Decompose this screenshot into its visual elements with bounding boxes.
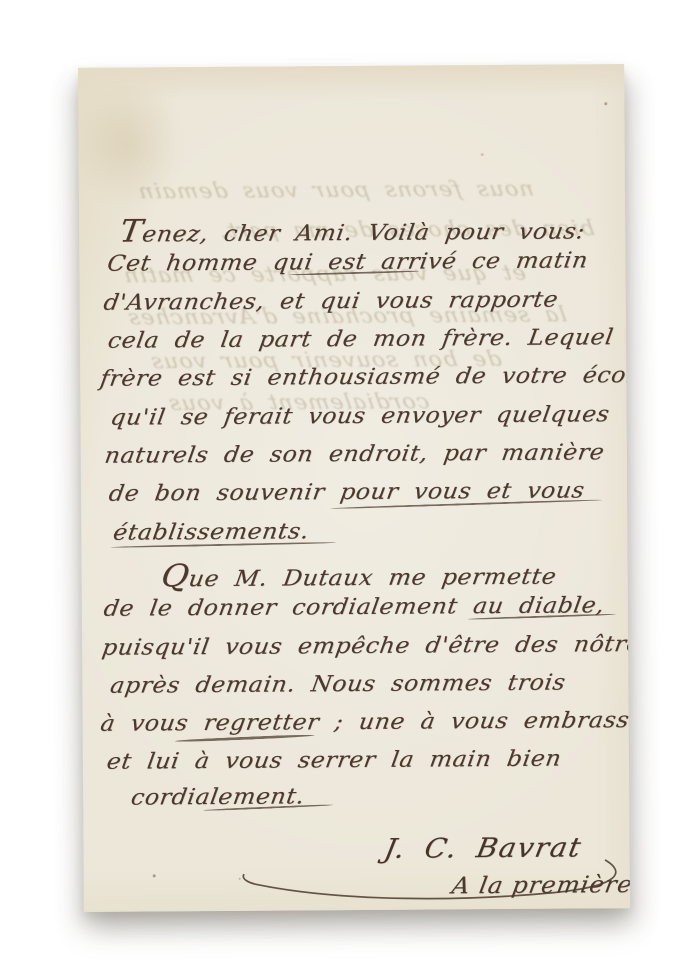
- ink-speck: [239, 878, 241, 880]
- letter-line: d'Avranches, et qui vous rapporte: [102, 288, 560, 316]
- ink-speck: [153, 874, 156, 877]
- letter-line: naturels de son endroit, par manière: [103, 440, 606, 469]
- letter-line: frère est si enthousiasmé de votre école…: [98, 363, 630, 392]
- ink-speck: [604, 102, 607, 105]
- photo-background: nous ferons pour vous demain bien des ch…: [0, 0, 700, 962]
- letter-line: puisqu'il vous empêche d'être des nôtres: [100, 632, 630, 661]
- letter-line: à vous regretter ; une à vous embrasser,: [99, 708, 630, 737]
- letter-line: après demain. Nous sommes trois: [108, 671, 567, 699]
- letter-paper: nous ferons pour vous demain bien des ch…: [78, 64, 630, 912]
- letter-line: qu'il se ferait vous envoyer quelques: [109, 402, 612, 431]
- closing-note: A la première: [450, 872, 630, 899]
- letter-line: Que M. Dutaux me permette: [159, 556, 560, 595]
- letter-line: et lui à vous serrer la main bien: [105, 747, 563, 775]
- show-through-text: nous ferons pour vous demain: [136, 177, 536, 204]
- letter-line: établissements.: [111, 519, 310, 545]
- letter-line: cela de la part de mon frère. Lequel: [106, 325, 615, 354]
- letter-line: Tenez, cher Ami. Voilà pour vous:: [117, 210, 588, 249]
- foxing-spot: [481, 153, 484, 156]
